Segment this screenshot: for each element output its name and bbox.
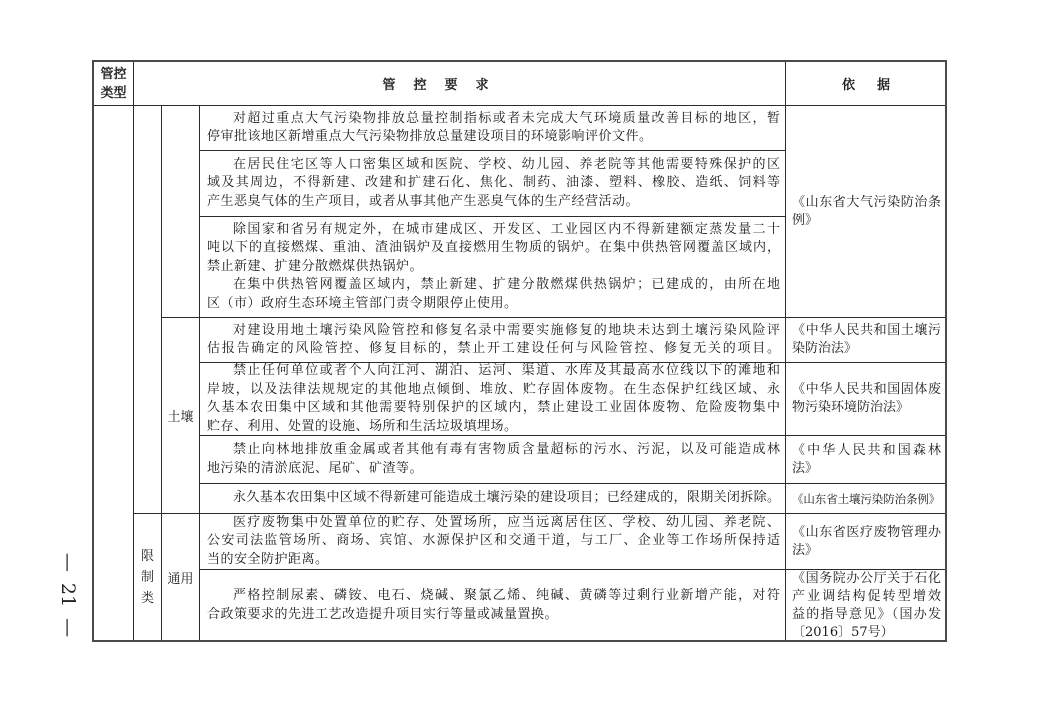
restriction-char-3: 类 <box>141 588 154 609</box>
requirement-row-3: 除国家和省另有规定外，在城市建成区、开发区、工业园区内不得新建额定蒸发量二十 吨… <box>199 216 786 318</box>
basis-cell-soil-law: 《中华人民共和国土壤污 染防治法》 <box>785 317 947 363</box>
text-line: 岸坡，以及法律法规规定的其他地点倾倒、堆放、贮存固体废物。在生态保护红线区域、永 <box>207 381 780 400</box>
element-cell-air-continued <box>161 105 200 318</box>
requirement-row-5: 禁止任何单位或者个人向江河、湖泊、运河、渠道、水库及其最高水位线以下的滩地和 岸… <box>199 362 786 436</box>
text-line: 估报告确定的风险管控、修复目标的，禁止开工建设任何与风险管控、修复无关的项目。 <box>207 340 780 359</box>
text-line: 永久基本农田集中区域不得新建可能造成土壤污染的建设项目；已经建成的，限期关闭拆除… <box>207 489 780 508</box>
document-page: — 21 — 管控 类型 管控要求 依据 限 制 类 土壤 通用 对超过重点 <box>0 0 1052 719</box>
text-line: 禁止向林地排放重金属或者其他有毒有害物质含量超标的污水、污泥，以及可能造成林 <box>207 441 780 460</box>
text-line: 《国务院办公厅关于石化 <box>792 570 941 588</box>
text-line: 在居民住宅区等人口密集区域和医院、学校、幼儿园、养老院等其他需要特殊保护的区 <box>207 156 780 175</box>
text-line: 在集中供热管网覆盖区域内，禁止新建、扩建分散燃煤供热锅炉；已建成的，由所在地 <box>207 276 780 295</box>
text-line: 合政策要求的先进工艺改造提升项目实行等量或减量置换。 <box>207 606 780 625</box>
text-line: 严格控制尿素、磷铵、电石、烧碱、聚氯乙烯、纯碱、黄磷等过剩行业新增产能，对符 <box>207 587 780 606</box>
text-line: 物污染环境防治法》 <box>792 399 941 417</box>
header-control-type-line2: 类型 <box>100 84 126 103</box>
control-requirements-table: 管控 类型 管控要求 依据 限 制 类 土壤 通用 对超过重点大气污染物排放总量… <box>93 61 946 641</box>
subtype-cell-restriction: 限 制 类 <box>133 513 162 642</box>
requirement-row-1: 对超过重点大气污染物排放总量控制指标或者未完成大气环境质量改善目标的地区，暂 停… <box>199 105 786 151</box>
text-line: 吨以下的直接燃煤、重油、渣油锅炉及直接燃用生物质的锅炉。在集中供热管网覆盖区域内… <box>207 239 780 258</box>
page-number: — 21 — <box>56 545 80 645</box>
basis-cell-medical-waste: 《山东省医疗废物管理办 法》 <box>785 513 947 570</box>
requirement-row-9: 严格控制尿素、磷铵、电石、烧碱、聚氯乙烯、纯碱、黄磷等过剩行业新增产能，对符 合… <box>199 569 786 642</box>
text-line: 〔2016〕57号） <box>792 624 941 642</box>
header-basis-label: 依据 <box>820 74 912 93</box>
text-line: 禁止任何单位或者个人向江河、湖泊、运河、渠道、水库及其最高水位线以下的滩地和 <box>207 362 780 381</box>
text-line: 《中华人民共和国森林 <box>792 442 941 460</box>
text-line: 禁止新建、扩建分散燃煤供热锅炉。 <box>207 258 780 277</box>
header-control-type: 管控 类型 <box>93 61 134 106</box>
text-line: 产业调结构促转型增效 <box>792 588 941 606</box>
text-line: 《中华人民共和国土壤污 <box>792 322 941 340</box>
text-line: 《中华人民共和国固体废 <box>792 381 941 399</box>
text-line: 域及其周边，不得新建、改建和扩建石化、焦化、制药、油漆、塑料、橡胶、造纸、饲料等 <box>207 174 780 193</box>
requirement-row-2: 在居民住宅区等人口密集区域和医院、学校、幼儿园、养老院等其他需要特殊保护的区 域… <box>199 150 786 217</box>
text-line: 除国家和省另有规定外，在城市建成区、开发区、工业园区内不得新建额定蒸发量二十 <box>207 221 780 240</box>
control-type-cell <box>93 105 134 642</box>
soil-label: 土壤 <box>167 406 193 425</box>
text-line: 对超过重点大气污染物排放总量控制指标或者未完成大气环境质量改善目标的地区，暂 <box>207 110 780 129</box>
text-line: 《山东省大气污染防治条 <box>792 194 941 212</box>
header-control-type-line1: 管控 <box>100 65 126 84</box>
text-line: 久基本农田集中区域和其他需要特别保护的区域内，禁止建设工业固体废物、危险废物集中 <box>207 399 780 418</box>
text-line: 地污染的清淤底泥、尾矿、矿渣等。 <box>207 460 780 479</box>
element-cell-general: 通用 <box>161 513 200 642</box>
basis-cell-forest-law: 《中华人民共和国森林 法》 <box>785 435 947 484</box>
text-line: 法》 <box>792 460 941 478</box>
subtype-cell-continued <box>133 105 162 514</box>
header-basis: 依据 <box>785 61 947 106</box>
text-line: 停审批该地区新增重点大气污染物排放总量建设项目的环境影响评价文件。 <box>207 128 780 147</box>
text-line: 例》 <box>792 212 941 230</box>
text-line: 医疗废物集中处置单位的贮存、处置场所，应当远离居住区、学校、幼儿园、养老院、 <box>207 514 780 533</box>
text-line: 《山东省医疗废物管理办 <box>792 524 941 542</box>
text-line: 对建设用地土壤污染风险管控和修复名录中需要实施修复的地块未达到土壤污染风险评 <box>207 322 780 341</box>
basis-cell-solid-waste-law: 《中华人民共和国固体废 物污染环境防治法》 <box>785 362 947 436</box>
text-line: 益的指导意见》（国办发 <box>792 606 941 624</box>
text-line: 产生恶臭气体的生产项目，或者从事其他产生恶臭气体的生产经营活动。 <box>207 193 780 212</box>
element-cell-soil: 土壤 <box>161 317 200 514</box>
text-line: 法》 <box>792 542 941 560</box>
requirement-row-8: 医疗废物集中处置单位的贮存、处置场所，应当远离居住区、学校、幼儿园、养老院、 公… <box>199 513 786 570</box>
basis-cell-state-council-opinion: 《国务院办公厅关于石化 产业调结构促转型增效 益的指导意见》（国办发 〔2016… <box>785 569 947 642</box>
restriction-char-1: 限 <box>141 546 154 567</box>
header-requirements: 管控要求 <box>133 61 786 106</box>
requirement-row-4: 对建设用地土壤污染风险管控和修复名录中需要实施修复的地块未达到土壤污染风险评 估… <box>199 317 786 363</box>
basis-cell-air-regulation: 《山东省大气污染防治条 例》 <box>785 105 947 318</box>
text-line: 贮存、利用、处置的设施、场所和生活垃圾填埋场。 <box>207 418 780 437</box>
restriction-char-2: 制 <box>141 567 154 588</box>
requirement-row-7: 永久基本农田集中区域不得新建可能造成土壤污染的建设项目；已经建成的，限期关闭拆除… <box>199 483 786 514</box>
general-label: 通用 <box>167 568 193 587</box>
header-requirements-label: 管控要求 <box>382 74 536 93</box>
text-line: 染防治法》 <box>792 340 941 358</box>
basis-cell-soil-regulation: 《山东省土壤污染防治条例》 <box>785 483 947 514</box>
requirement-row-6: 禁止向林地排放重金属或者其他有毒有害物质含量超标的污水、污泥，以及可能造成林 地… <box>199 435 786 484</box>
text-line: 《山东省土壤污染防治条例》 <box>792 490 941 508</box>
text-line: 当的安全防护距离。 <box>207 551 780 570</box>
text-line: 区（市）政府生态环境主管部门责令期限停止使用。 <box>207 295 780 314</box>
text-line: 公安司法监管场所、商场、宾馆、水源保护区和交通干道，与工厂、企业等工作场所保持适 <box>207 532 780 551</box>
